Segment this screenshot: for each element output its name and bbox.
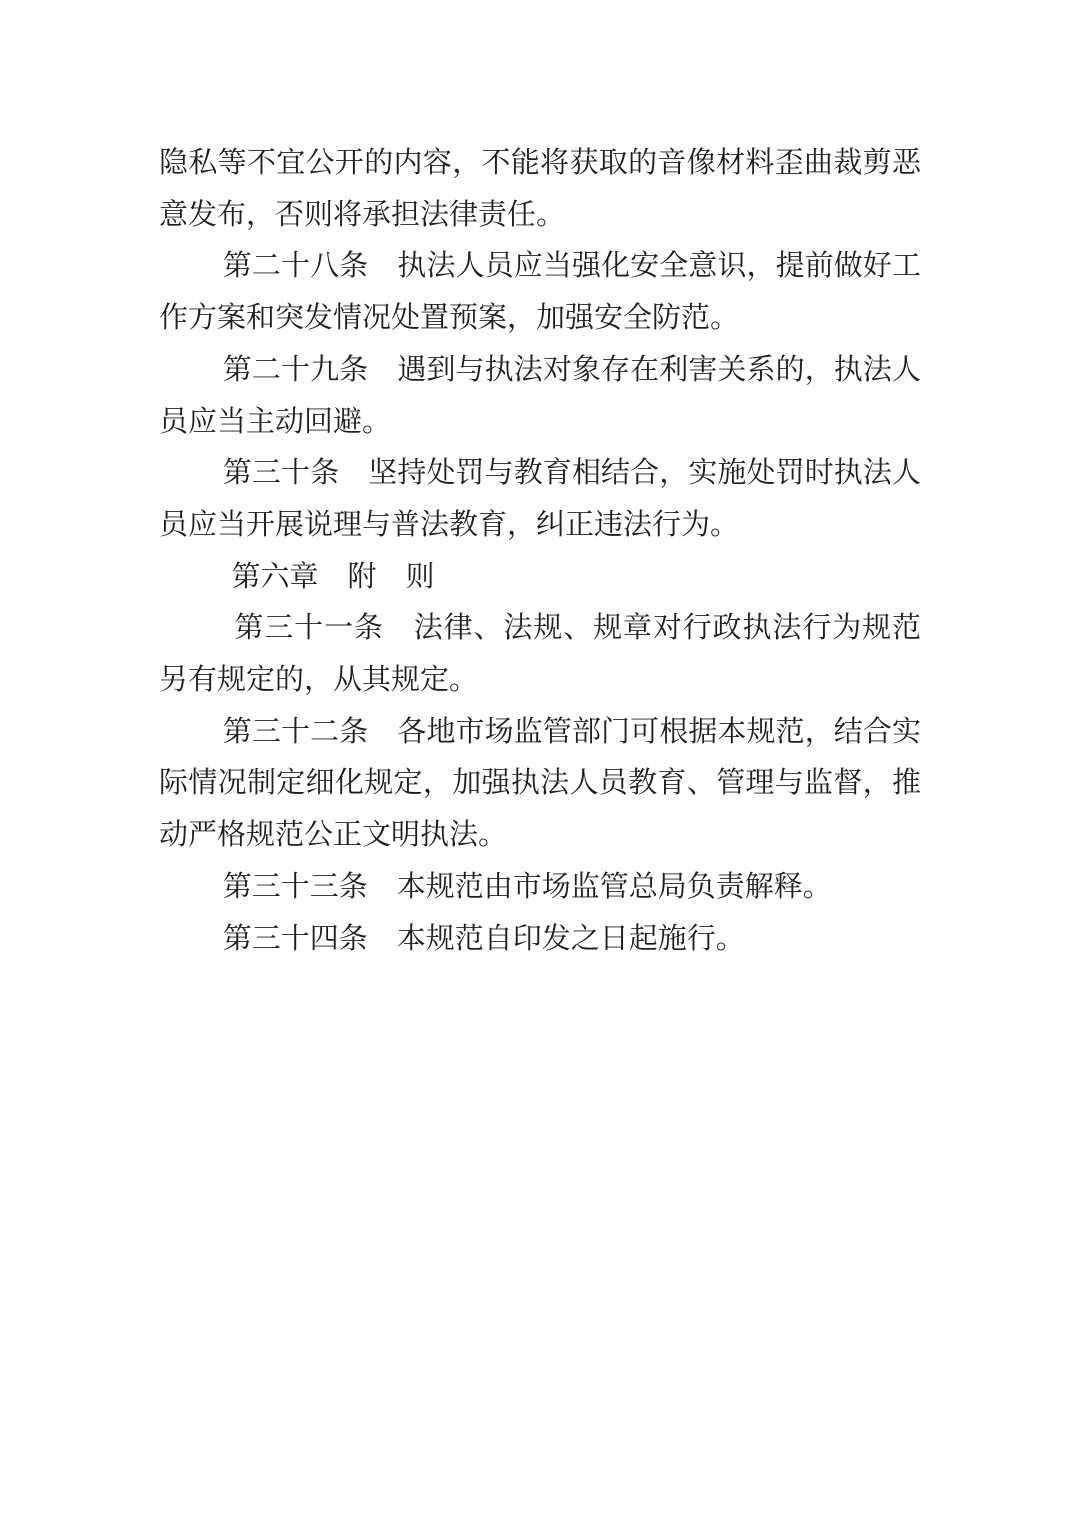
chapter-heading: 第六章 附 则 — [159, 552, 921, 604]
paragraph: 第三十四条 本规范自印发之日起施行。 — [159, 914, 921, 966]
paragraph: 第三十条 坚持处罚与教育相结合，实施处罚时执法人员应当开展说理与普法教育，纠正违… — [159, 448, 921, 551]
paragraph: 第二十八条 执法人员应当强化安全意识，提前做好工作方案和突发情况处置预案，加强安… — [159, 241, 921, 344]
paragraph: 第二十九条 遇到与执法对象存在利害关系的，执法人员应当主动回避。 — [159, 345, 921, 448]
paragraph: 隐私等不宜公开的内容，不能将获取的音像材料歪曲裁剪恶意发布，否则将承担法律责任。 — [159, 138, 921, 241]
document-text-block: 隐私等不宜公开的内容，不能将获取的音像材料歪曲裁剪恶意发布，否则将承担法律责任。… — [159, 138, 921, 965]
paragraph: 第三十一条 法律、法规、规章对行政执法行为规范另有规定的，从其规定。 — [159, 603, 921, 706]
paragraph: 第三十二条 各地市场监管部门可根据本规范，结合实际情况制定细化规定，加强执法人员… — [159, 707, 921, 862]
paragraph: 第三十三条 本规范由市场监管总局负责解释。 — [159, 862, 921, 914]
document-page: 隐私等不宜公开的内容，不能将获取的音像材料歪曲裁剪恶意发布，否则将承担法律责任。… — [0, 0, 1074, 1520]
